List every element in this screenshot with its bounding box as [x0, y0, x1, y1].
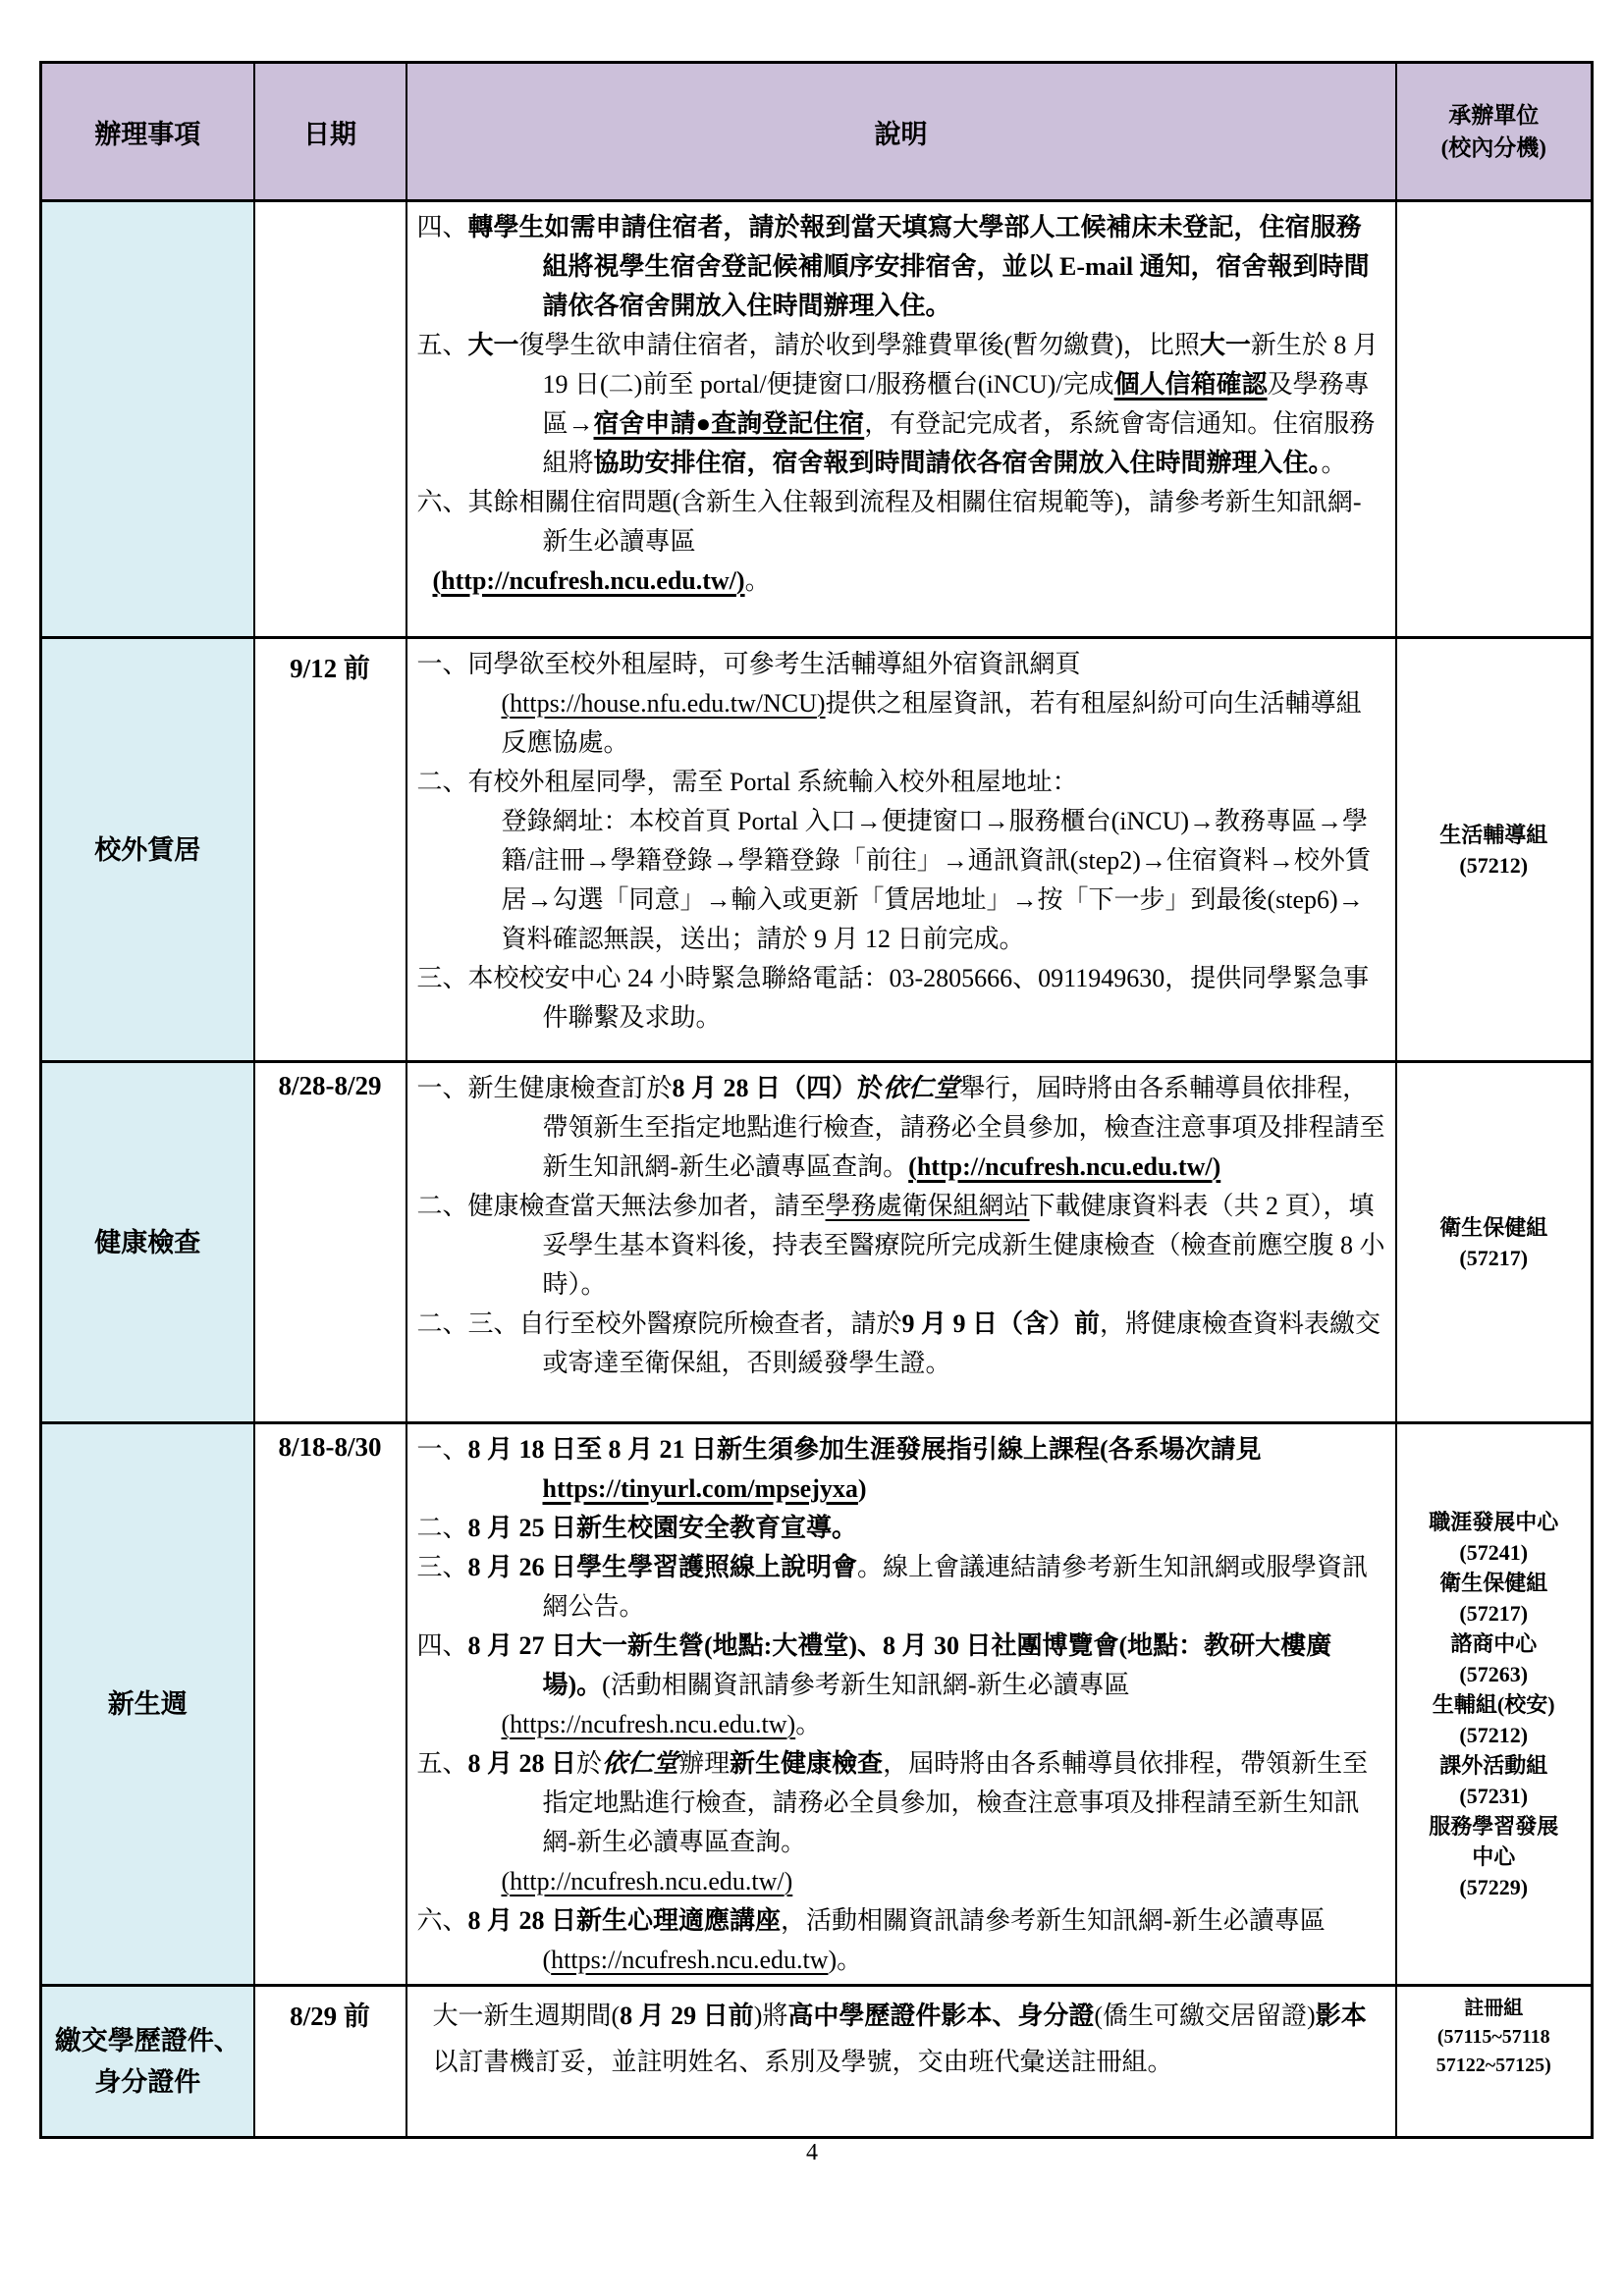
unit-line: 衛生保健組	[1439, 1215, 1547, 1240]
text-segment: )	[817, 689, 826, 718]
description-cell: 四、轉學生如需申請住宿者，請於報到當天填寫大學部人工候補床未登記，住宿服務組將視…	[406, 201, 1396, 638]
list-marker: 四、	[417, 1631, 468, 1660]
text-segment: 。	[1322, 449, 1347, 477]
url-link[interactable]: http://ncufresh.ncu.edu.tw/	[510, 1867, 784, 1896]
list-marker: 二、	[417, 1514, 468, 1542]
text-segment: 大一新生週期間(	[433, 2002, 621, 2030]
url-link[interactable]: https://ncufresh.ncu.edu.tw	[510, 1710, 786, 1738]
list-marker: 六、	[417, 488, 468, 516]
text-segment: (僑生可繳交居留證)	[1094, 2002, 1315, 2030]
text-segment: 有校外租屋同學，需至 Portal 系統輸入校外租屋地址：	[468, 768, 1078, 796]
text-segment: 8 月 26 日學生學習護照線上說明會	[468, 1553, 858, 1581]
header-col-date: 日期	[254, 63, 406, 201]
header-col-description: 說明	[406, 63, 1396, 201]
unit-line: (57212)	[1459, 1723, 1528, 1747]
unit-line: (57115~57118	[1437, 2026, 1550, 2048]
paragraph: 登錄網址：本校首頁 Portal 入口→便捷窗口→服務櫃台(iNCU)→教務專區…	[417, 802, 1385, 959]
text-segment: 自行至校外醫療院所檢查者，請於	[519, 1309, 902, 1338]
text-segment: (活動相關資訊請參考新生知訊網-新生必讀專區	[602, 1671, 1129, 1699]
unit-cell: 衛生保健組(57217)	[1396, 1062, 1593, 1423]
text-segment: )。	[829, 1946, 863, 1974]
unit-line: 57122~57125)	[1436, 2055, 1551, 2076]
date-cell: 8/28-8/29	[254, 1062, 406, 1423]
task-cell: 校外賃居	[41, 638, 254, 1062]
paragraph: 二、三、自行至校外醫療院所檢查者，請於9 月 9 日（含）前，將健康檢查資料表繳…	[417, 1305, 1385, 1383]
table-row: 校外賃居9/12 前一、同學欲至校外租屋時，可參考生活輔導組外宿資訊網頁(htt…	[41, 638, 1593, 1062]
text-segment: (	[502, 1867, 511, 1896]
text-segment: 。	[795, 1710, 821, 1738]
text-segment: 復學生欲申請住宿者，請於收到學雜費單後(暫勿繳費)，比照	[519, 331, 1200, 359]
text-segment: (	[502, 689, 511, 718]
unit-line: (57212)	[1459, 853, 1528, 878]
text-segment: 依仁堂	[883, 1074, 959, 1102]
text-segment: 8 月 25 日新生校園安全教育宣導。	[468, 1514, 858, 1542]
text-segment: (	[433, 566, 442, 595]
paragraph: 四、8 月 27 日大一新生營(地點:大禮堂)、8 月 30 日社團博覽會(地點…	[417, 1627, 1385, 1705]
text-segment: 個人信箱確認	[1114, 370, 1268, 399]
text-segment: 8 月 29 日前	[620, 2002, 754, 2030]
text-segment: 高中學歷證件影本、身分證	[787, 2002, 1094, 2030]
text-segment: 8 月 18 日至 8 月 21 日新生須參加生涯發展指引線上課程(各系場次請見	[468, 1435, 1262, 1464]
paragraph: 五、8 月 28 日於依仁堂辦理新生健康檢查，屆時將由各系輔導員依排程，帶領新生…	[417, 1744, 1385, 1862]
list-marker: 六、	[417, 1906, 468, 1935]
unit-line: 職涯發展中心	[1429, 1510, 1558, 1534]
text-segment: 影本	[1316, 2002, 1367, 2030]
unit-line: 生輔組(校安)	[1433, 1692, 1555, 1717]
date-cell	[254, 201, 406, 638]
url-link[interactable]: https://ncufresh.ncu.edu.tw	[551, 1946, 828, 1974]
text-segment: 8 月 28 日（四）於	[673, 1074, 884, 1102]
text-segment: 以訂書機訂妥，並註明姓名、系別及學號，交由班代彙送註冊組。	[433, 2048, 1173, 2076]
paragraph: (http://ncufresh.ncu.edu.tw/)。	[417, 561, 1385, 601]
unit-cell: 註冊組(57115~5711857122~57125)	[1396, 1986, 1593, 2138]
paragraph: 四、轉學生如需申請住宿者，請於報到當天填寫大學部人工候補床未登記，住宿服務組將視…	[417, 208, 1385, 326]
paragraph: 三、本校校安中心 24 小時緊急聯絡電話：03-2805666、09119496…	[417, 959, 1385, 1038]
unit-line: (57217)	[1459, 1246, 1528, 1270]
text-segment: 新生健康檢查	[730, 1749, 883, 1778]
paragraph: 二、有校外租屋同學，需至 Portal 系統輸入校外租屋地址：	[417, 763, 1385, 802]
unit-line: 生活輔導組	[1439, 823, 1547, 847]
text-segment: 同學欲至校外租屋時，可參考生活輔導組外宿資訊網頁	[468, 650, 1081, 678]
table-body: 四、轉學生如需申請住宿者，請於報到當天填寫大學部人工候補床未登記，住宿服務組將視…	[41, 201, 1593, 2138]
table-row: 健康檢查8/28-8/29一、新生健康檢查訂於8 月 28 日（四）於依仁堂舉行…	[41, 1062, 1593, 1423]
unit-line: 中心	[1472, 1844, 1515, 1869]
text-segment: )	[787, 1710, 796, 1738]
date-cell: 9/12 前	[254, 638, 406, 1062]
table-row: 四、轉學生如需申請住宿者，請於報到當天填寫大學部人工候補床未登記，住宿服務組將視…	[41, 201, 1593, 638]
unit-line: 課外活動組	[1439, 1753, 1547, 1778]
table-row: 繳交學歷證件、身分證件8/29 前大一新生週期間(8 月 29 日前)將高中學歷…	[41, 1986, 1593, 2138]
text-segment: 大一	[1200, 331, 1251, 359]
url-link[interactable]: http://ncufresh.ncu.edu.tw/	[441, 566, 736, 595]
unit-cell: 生活輔導組(57212)	[1396, 638, 1593, 1062]
date-cell: 8/29 前	[254, 1986, 406, 2138]
unit-cell	[1396, 201, 1593, 638]
list-marker: 一、	[417, 1435, 468, 1464]
list-marker: 五、	[417, 1749, 468, 1778]
list-marker: 二、	[417, 1192, 468, 1220]
paragraph: (https://ncufresh.ncu.edu.tw)。	[417, 1705, 1385, 1744]
unit-line: 衛生保健組	[1439, 1571, 1547, 1595]
unit-line: (57217)	[1459, 1601, 1528, 1626]
text-segment: (	[502, 1710, 511, 1738]
header-col-task: 辦理事項	[41, 63, 254, 201]
paragraph: 二、8 月 25 日新生校園安全教育宣導。	[417, 1509, 1385, 1548]
paragraph: 大一新生週期間(8 月 29 日前)將高中學歷證件影本、身分證(僑生可繳交居留證…	[417, 1993, 1385, 2085]
unit-cell: 職涯發展中心(57241)衛生保健組(57217)諮商中心(57263)生輔組(…	[1396, 1423, 1593, 1986]
text-segment: 本校校安中心 24 小時緊急聯絡電話：03-2805666、0911949630…	[468, 964, 1370, 1032]
text-segment: 其餘相關住宿問題(含新生入住報到流程及相關住宿規範等)，請參考新生知訊網-新生必…	[468, 488, 1362, 556]
text-segment: )將	[754, 2002, 788, 2030]
list-marker: 四、	[417, 213, 468, 241]
unit-line: (57229)	[1459, 1875, 1528, 1899]
text-segment: 9 月 9 日（含）前	[902, 1309, 1101, 1338]
unit-line: 諮商中心	[1450, 1631, 1537, 1656]
header-col-unit: 承辦單位(校內分機)	[1396, 63, 1593, 201]
paragraph: 三、8 月 26 日學生學習護照線上說明會。線上會議連結請參考新生知訊網或服學資…	[417, 1548, 1385, 1627]
unit-line: 註冊組	[1464, 1998, 1523, 2019]
paragraph: 一、同學欲至校外租屋時，可參考生活輔導組外宿資訊網頁	[417, 645, 1385, 684]
text-segment: 8 月 28 日	[468, 1749, 577, 1778]
text-segment: (	[908, 1152, 917, 1181]
description-cell: 一、8 月 18 日至 8 月 21 日新生須參加生涯發展指引線上課程(各系場次…	[406, 1423, 1396, 1986]
text-segment: 宿舍申請●查詢登記住宿	[594, 409, 865, 438]
task-cell: 新生週	[41, 1423, 254, 1986]
schedule-table: 辦理事項日期說明承辦單位(校內分機) 四、轉學生如需申請住宿者，請於報到當天填寫…	[39, 61, 1594, 2139]
task-cell: 健康檢查	[41, 1062, 254, 1423]
text-segment: 登錄網址：本校首頁 Portal 入口→便捷窗口→服務櫃台(iNCU)→教務專區…	[502, 807, 1371, 953]
url-link[interactable]: https://tinyurl.com/mpsejyxa	[543, 1474, 858, 1503]
list-marker: 一、	[417, 1074, 468, 1102]
text-segment: 8 月 28 日新生心理適應講座	[468, 1906, 782, 1935]
text-segment: 新生健康檢查訂於	[468, 1074, 673, 1102]
paragraph: (http://ncufresh.ncu.edu.tw/)	[417, 1862, 1385, 1901]
paragraph: 六、8 月 28 日新生心理適應講座，活動相關資訊請參考新生知訊網-新生必讀專區…	[417, 1901, 1385, 1980]
text-segment: )	[736, 566, 745, 595]
text-segment: 於	[576, 1749, 602, 1778]
paragraph: 一、新生健康檢查訂於8 月 28 日（四）於依仁堂舉行，屆時將由各系輔導員依排程…	[417, 1069, 1385, 1187]
unit-line: (57263)	[1459, 1662, 1528, 1686]
paragraph: (https://house.nfu.edu.tw/NCU)提供之租屋資訊，若有…	[417, 684, 1385, 763]
paragraph: 一、8 月 18 日至 8 月 21 日新生須參加生涯發展指引線上課程(各系場次…	[417, 1430, 1385, 1509]
unit-line: (57241)	[1459, 1540, 1528, 1565]
text-segment: 協助安排住宿，宿舍報到時間請依各宿舍開放入住時間辦理入住。	[594, 449, 1322, 477]
text-segment: 。	[745, 566, 771, 595]
table-header: 辦理事項日期說明承辦單位(校內分機)	[41, 63, 1593, 201]
text-segment: 學務處衛保組網站	[826, 1192, 1030, 1220]
page-number: 4	[0, 2140, 1624, 2166]
url-link[interactable]: https://house.nfu.edu.tw/NCU	[510, 689, 817, 718]
unit-line: 服務學習發展	[1429, 1814, 1558, 1839]
text-segment: 轉學生如需申請住宿者，請於報到當天填寫大學部人工候補床未登記，住宿服務組將視學生…	[468, 213, 1370, 320]
list-marker: 三、	[417, 1553, 468, 1581]
text-segment: 大一	[468, 331, 519, 359]
list-marker: 二、三、	[417, 1309, 519, 1338]
description-cell: 大一新生週期間(8 月 29 日前)將高中學歷證件影本、身分證(僑生可繳交居留證…	[406, 1986, 1396, 2138]
text-segment: )	[785, 1867, 793, 1896]
paragraph: 六、其餘相關住宿問題(含新生入住報到流程及相關住宿規範等)，請參考新生知訊網-新…	[417, 483, 1385, 561]
paragraph: 二、健康檢查當天無法參加者，請至學務處衛保組網站下載健康資料表（共 2 頁），填…	[417, 1187, 1385, 1305]
text-segment: 依仁堂	[602, 1749, 678, 1778]
list-marker: 一、	[417, 650, 468, 678]
text-segment: 辦理	[678, 1749, 730, 1778]
list-marker: 三、	[417, 964, 468, 992]
list-marker: 二、	[417, 768, 468, 796]
description-cell: 一、同學欲至校外租屋時，可參考生活輔導組外宿資訊網頁(https://house…	[406, 638, 1396, 1062]
list-marker: 五、	[417, 331, 468, 359]
url-link[interactable]: http://ncufresh.ncu.edu.tw/	[917, 1152, 1213, 1181]
task-cell	[41, 201, 254, 638]
table-header-row: 辦理事項日期說明承辦單位(校內分機)	[41, 63, 1593, 201]
table-row: 新生週8/18-8/30一、8 月 18 日至 8 月 21 日新生須參加生涯發…	[41, 1423, 1593, 1986]
description-cell: 一、新生健康檢查訂於8 月 28 日（四）於依仁堂舉行，屆時將由各系輔導員依排程…	[406, 1062, 1396, 1423]
unit-line: (57231)	[1459, 1784, 1528, 1808]
text-segment: 健康檢查當天無法參加者，請至	[468, 1192, 826, 1220]
schedule-table-wrapper: 辦理事項日期說明承辦單位(校內分機) 四、轉學生如需申請住宿者，請於報到當天填寫…	[39, 61, 1591, 2139]
document-page: { "page": { "number": "4" }, "colors": {…	[0, 0, 1624, 2296]
date-cell: 8/18-8/30	[254, 1423, 406, 1986]
text-segment: )	[858, 1474, 867, 1503]
paragraph: 五、大一復學生欲申請住宿者，請於收到學雜費單後(暫勿繳費)，比照大一新生於 8 …	[417, 326, 1385, 483]
task-cell: 繳交學歷證件、身分證件	[41, 1986, 254, 2138]
text-segment: )	[1213, 1152, 1221, 1181]
